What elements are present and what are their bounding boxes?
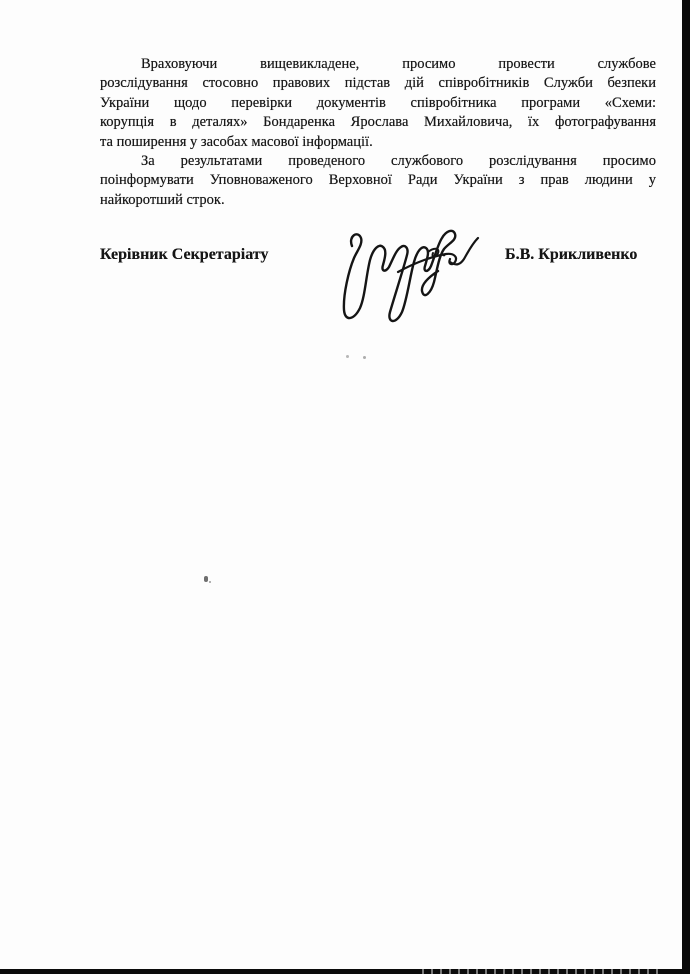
paragraph-line: найкоротший строк. <box>100 191 656 210</box>
scan-speck <box>204 576 208 582</box>
paragraph-line: поінформувати Уповноваженого Верховної Р… <box>100 171 656 190</box>
scan-edge-bottom-noise <box>415 969 665 974</box>
paragraph-line: Враховуючи вищевикладене, просимо провес… <box>100 55 656 74</box>
signer-name: Б.В. Крикливенко <box>505 246 637 264</box>
scanned-document-page: Враховуючи вищевикладене, просимо провес… <box>0 0 690 974</box>
paragraph-line: та поширення у засобах масової інформаці… <box>100 133 656 152</box>
signer-position-title: Керівник Секретаріату <box>100 246 268 264</box>
handwritten-signature <box>330 220 490 332</box>
paragraph-line: За результатами проведеного службового р… <box>100 152 656 171</box>
paragraph-line: України щодо перевірки документів співро… <box>100 94 656 113</box>
scan-speck <box>363 356 366 359</box>
paragraph-line: розслідування стосовно правових підстав … <box>100 74 656 93</box>
paragraph-line: корупція в деталях» Бондаренка Ярослава … <box>100 113 656 132</box>
letter-body: Враховуючи вищевикладене, просимо провес… <box>100 55 656 210</box>
scan-speck <box>346 355 349 358</box>
scan-speck <box>209 581 211 583</box>
scan-edge-right-band <box>682 0 690 974</box>
